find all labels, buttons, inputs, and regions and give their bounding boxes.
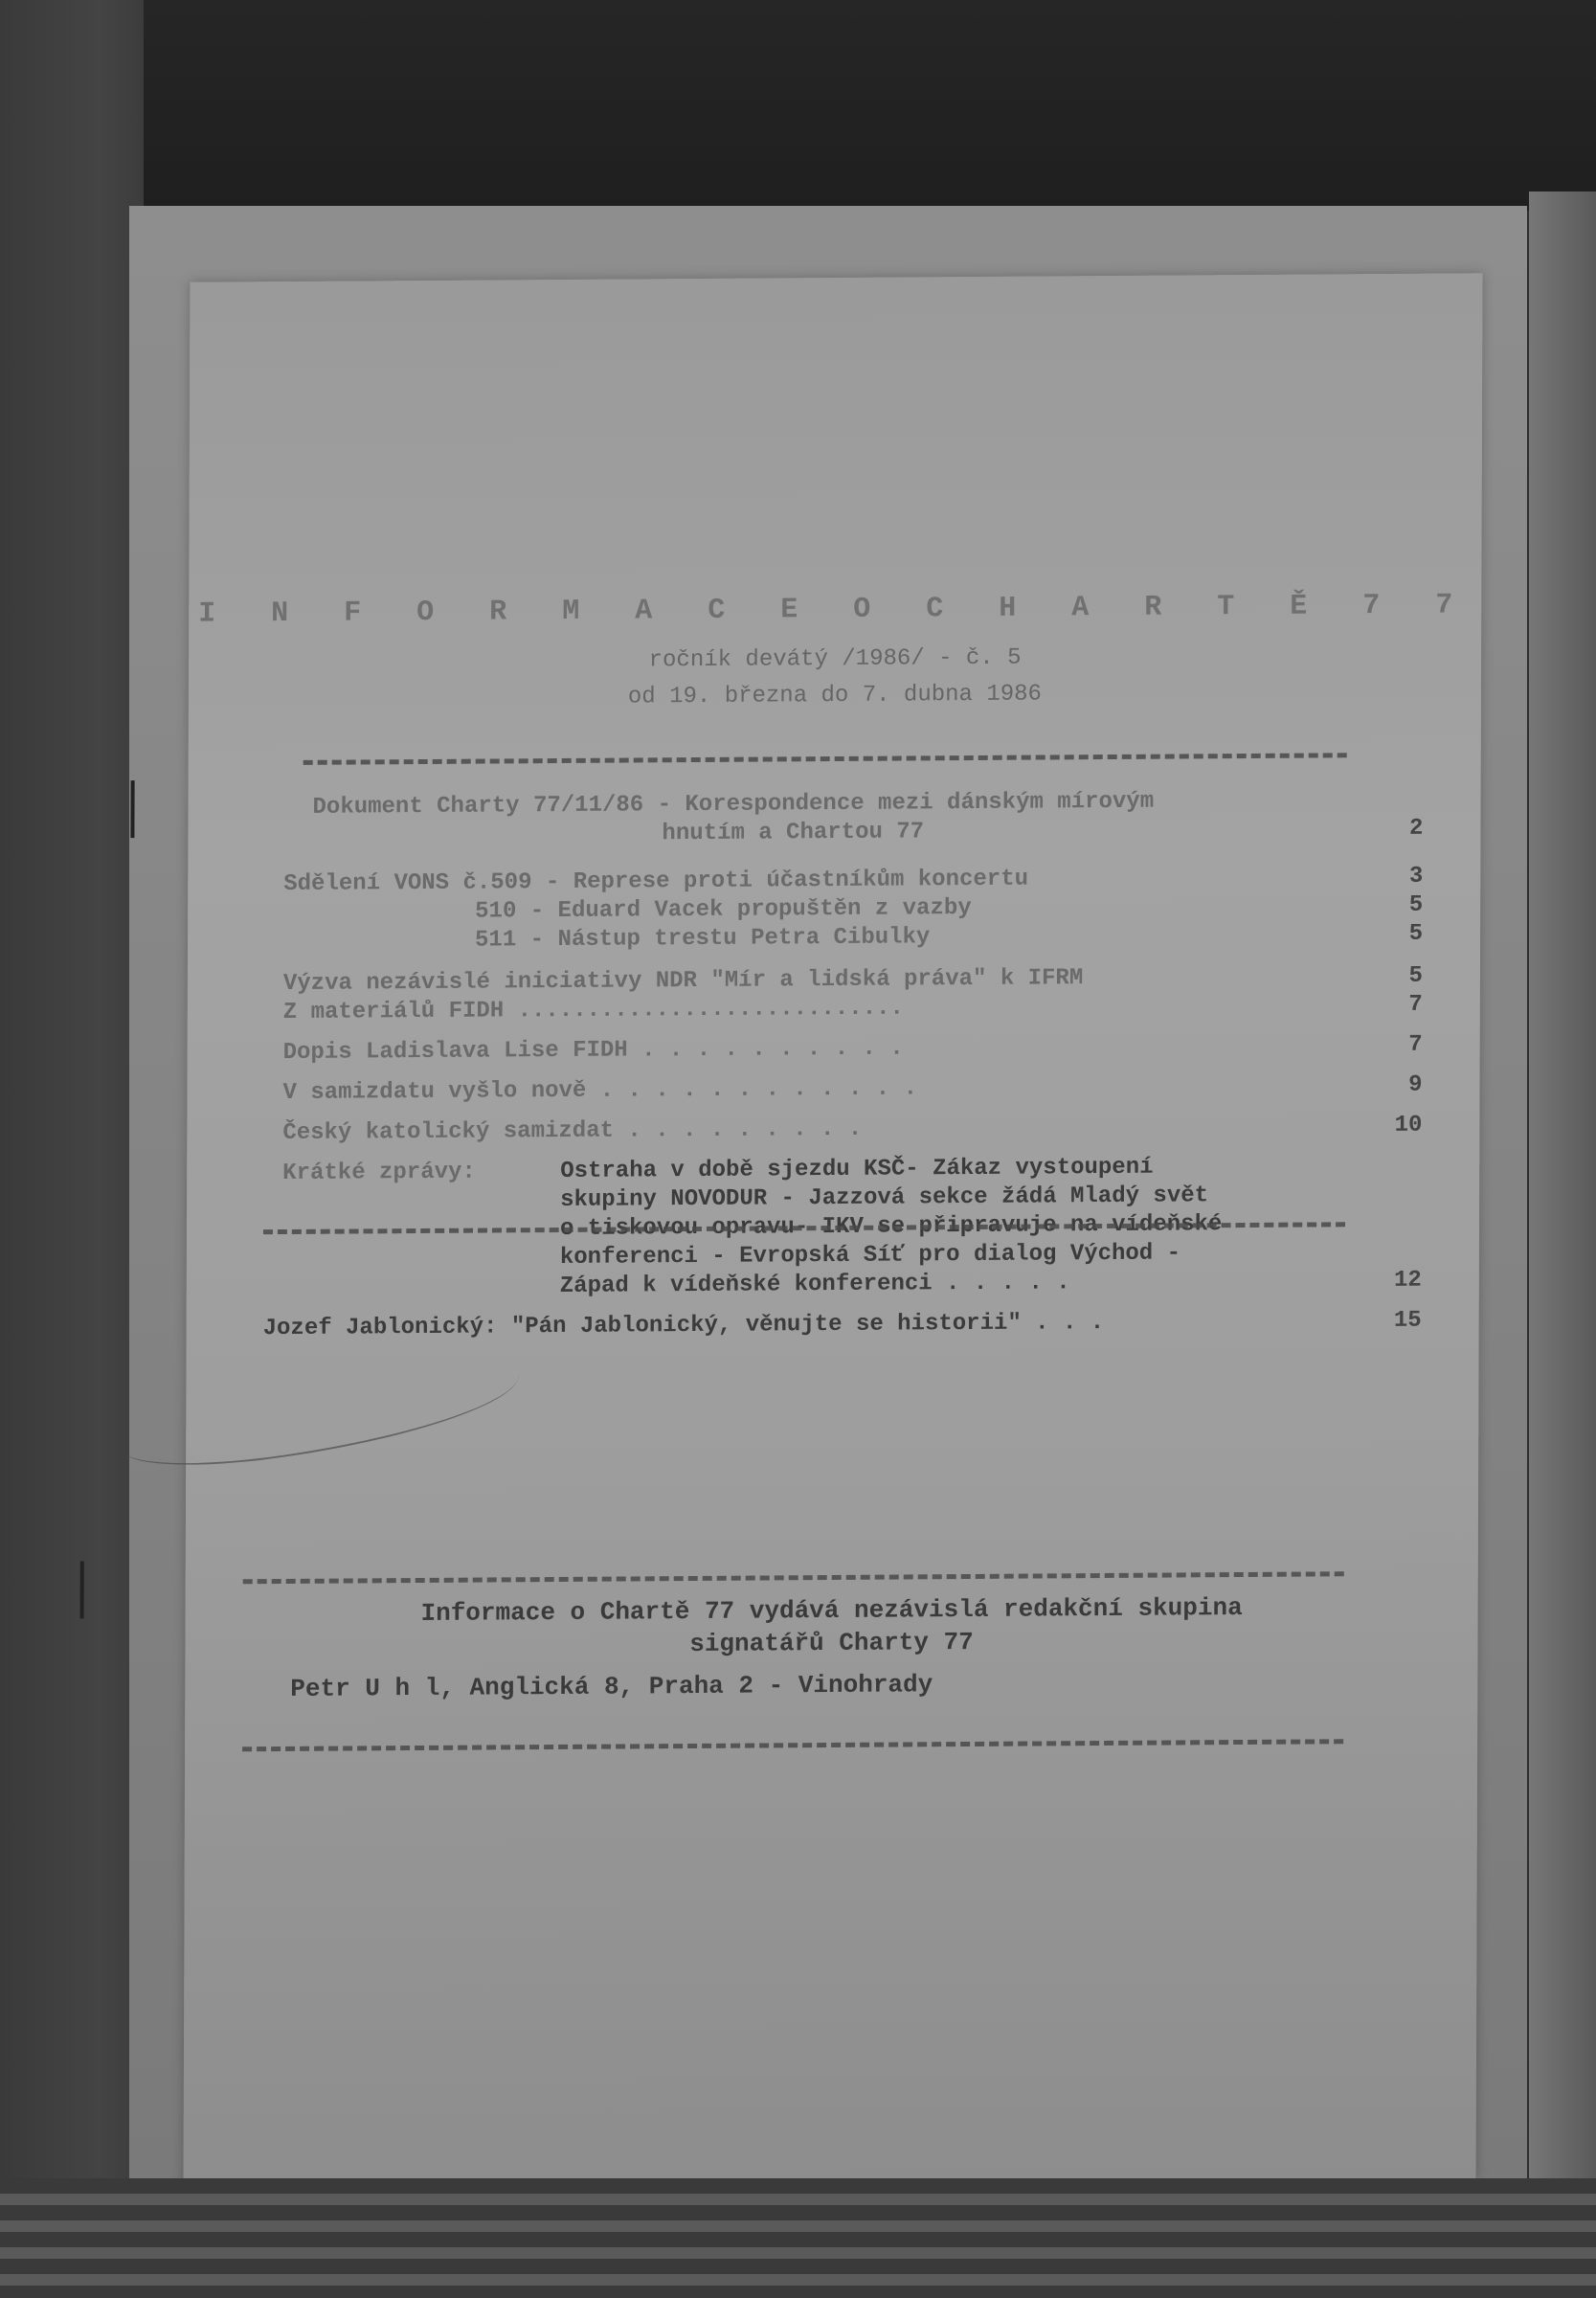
toc-entry-text: Jozef Jablonický: "Pán Jablonický, věnuj… [263,1310,1105,1341]
editor-address: Petr U h l, Anglická 8, Praha 2 - Vinohr… [290,1670,933,1703]
toc-entry-label: Krátké zprávy: [282,1159,476,1188]
table-of-contents: Dokument Charty 77/11/86 - Korespondence… [282,786,1424,1355]
dashed-rule-top [303,753,1347,765]
margin-mark [80,1561,84,1618]
toc-entry: Dopis Ladislava Lise FIDH . . . . . . . … [283,1031,1423,1068]
toc-page-number: 15 [1394,1307,1422,1336]
dashed-rule-colophon-bottom [242,1739,1343,1751]
dashed-rule-colophon-top [243,1571,1344,1584]
toc-entry-text: Eduard Vacek propuštěn z vazby [558,895,972,924]
toc-page-number: 5 [1409,891,1424,920]
toc-entry: Dokument Charty 77/11/86 - Korespondence… [283,786,1423,851]
margin-mark [130,780,134,838]
typewritten-page: I N F O R M A C E O C H A R T Ě 7 7 ročn… [183,273,1482,2187]
toc-entry: V samizdatu vyšlo nově . . . . . . . . .… [282,1071,1422,1108]
date-range-line: od 19. března do 7. dubna 1986 [189,678,1481,712]
toc-page-number: 12 [1394,1267,1422,1295]
adjacent-page-edge [1529,191,1596,2298]
toc-entry-label: Dokument Charty 77/11/86 - [312,791,671,822]
toc-entry-label: 511 - [475,926,544,956]
toc-page-number: 7 [1408,991,1423,1020]
masthead-title: I N F O R M A C E O C H A R T Ě 7 7 [189,589,1481,630]
toc-entry-text: Český katolický samizdat . . . . . . . .… [282,1116,862,1146]
photo-background-left [0,0,144,2298]
toc-page-number: 5 [1408,962,1423,991]
toc-page-number: 7 [1408,1031,1423,1060]
toc-entry: Jozef Jablonický: "Pán Jablonický, věnuj… [263,1307,1422,1343]
toc-entry-label: Sdělení VONS č.509 - [283,868,559,899]
photo-background-top [0,0,1596,211]
toc-page-number: 5 [1409,920,1424,949]
toc-entry-text: Dopis Ladislava Lise FIDH . . . . . . . … [283,1035,904,1066]
toc-entry-text: Represe proti účastníkům koncertu [573,867,1028,895]
toc-entry-text: Z materiálů FIDH .......................… [283,995,904,1025]
volume-line: ročník devátý /1986/ - č. 5 [189,642,1481,676]
toc-entry-label: 510 - [475,897,544,927]
toc-page-number: 3 [1409,863,1424,891]
colophon: Informace o Chartě 77 vydává nezávislá r… [185,1589,1477,1663]
toc-entry-text: Korespondence mezi dánským mírovým [685,789,1154,818]
toc-page-number: 2 [1409,815,1424,844]
toc-entry-text: Nástup trestu Petra Cibulky [557,924,930,953]
toc-page-number: 9 [1408,1071,1423,1100]
page-stack-edges [0,2178,1596,2298]
toc-page-number: 10 [1395,1112,1423,1140]
toc-entry-text: V samizdatu vyšlo nově . . . . . . . . .… [282,1075,917,1106]
toc-entry: Český katolický samizdat . . . . . . . .… [282,1112,1422,1148]
toc-entry-text: Výzva nezávislé iniciativy NDR "Mír a li… [283,965,1083,997]
